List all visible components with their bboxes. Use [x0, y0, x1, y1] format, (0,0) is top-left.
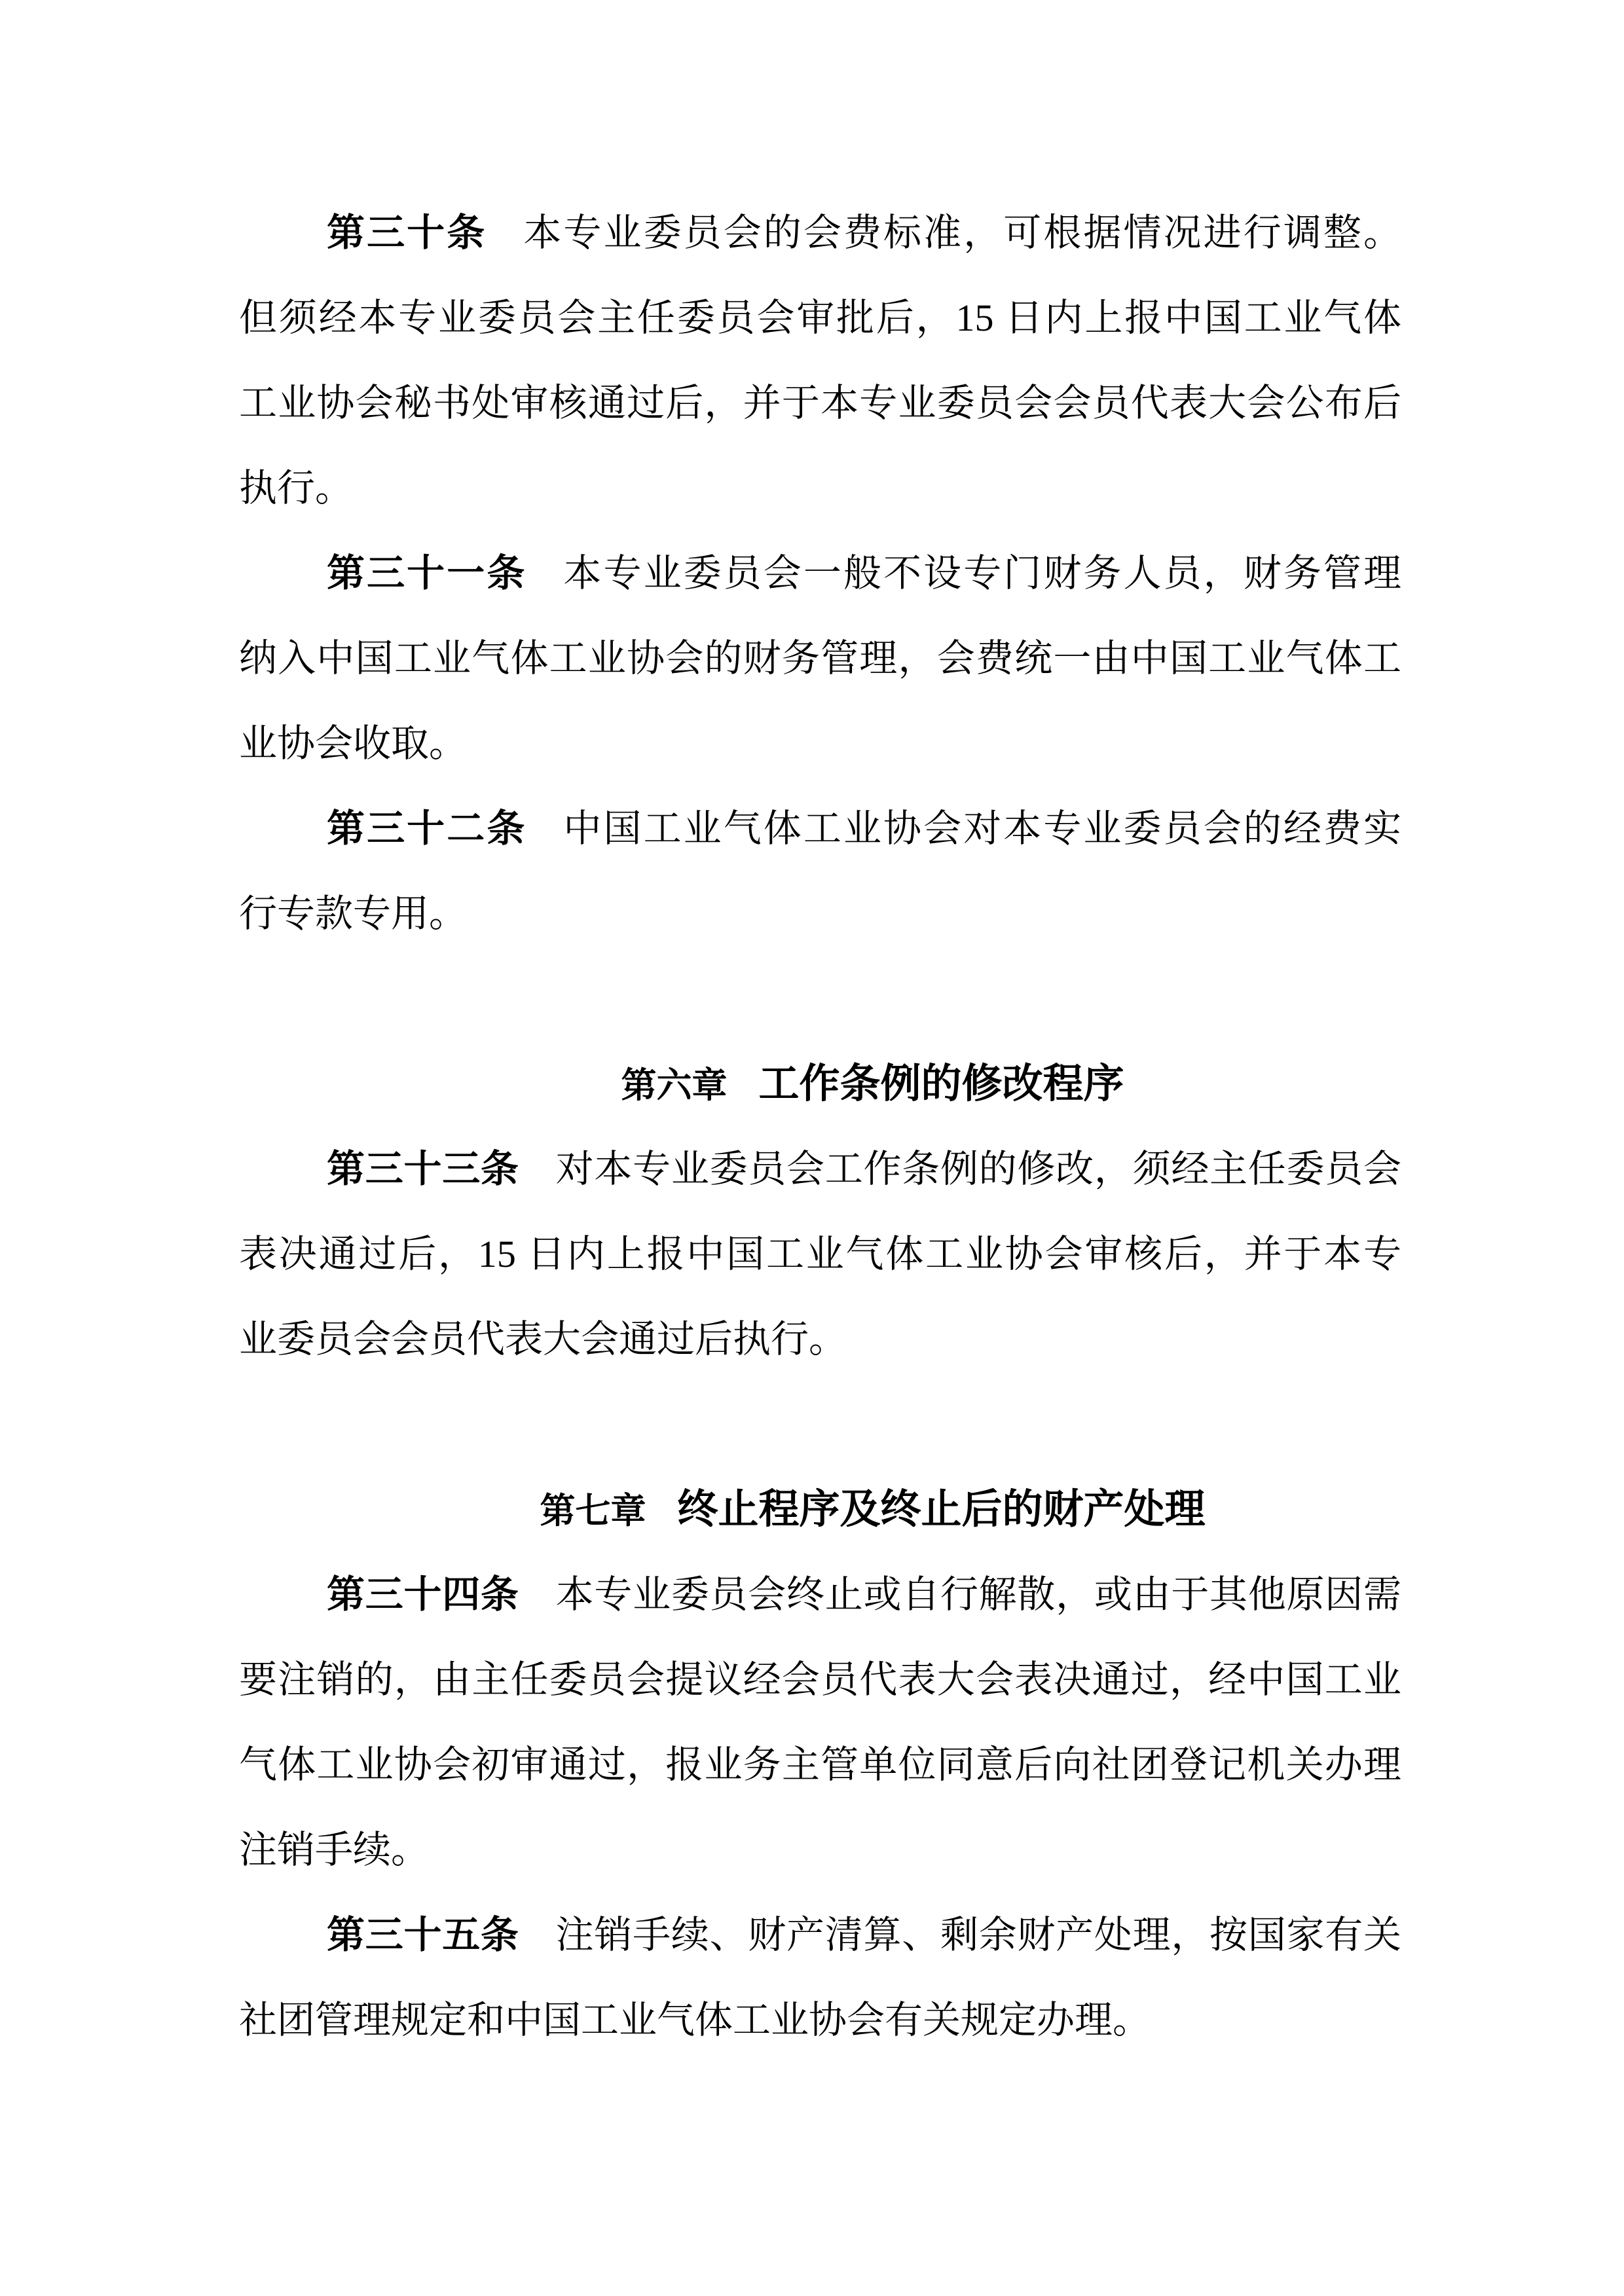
paragraph-article-35: 第三十五条注销手续、财产清算、剩余财产处理，按国家有关 社团管理规定和中国工业气… [239, 1893, 1401, 2063]
article-35-line-1: 注销手续、财产清算、剩余财产处理，按国家有关 [556, 1914, 1401, 1956]
chapter-heading-7: 第七章终止程序及终止后的财产处理 [239, 1467, 1401, 1552]
text-line: 工业协会秘书处审核通过后，并于本专业委员会会员代表大会公布后 [239, 361, 1401, 446]
text-line: 第三十五条注销手续、财产清算、剩余财产处理，按国家有关 [239, 1893, 1401, 1978]
article-31-line-2: 纳入中国工业气体工业协会的财务管理，会费统一由中国工业气体工 [239, 637, 1401, 680]
article-30-line-3: 工业协会秘书处审核通过后，并于本专业委员会会员代表大会公布后 [239, 382, 1401, 424]
article-30-number: 第三十条 [327, 211, 487, 254]
text-line: 气体工业协会初审通过，报业务主管单位同意后向社团登记机关办理 [239, 1722, 1401, 1808]
article-35-line-2: 社团管理规定和中国工业气体工业协会有关规定办理。 [239, 1999, 1151, 2041]
text-line: 行专款专用。 [239, 871, 1401, 957]
article-34-line-1: 本专业委员会终止或自行解散，或由于其他原因需 [556, 1573, 1401, 1616]
chapter-6-title: 工作条例的修改程序 [758, 1062, 1124, 1106]
text-line: 注销手续。 [239, 1808, 1401, 1893]
chapter-6-number: 第六章 [621, 1066, 727, 1105]
article-30-line-1: 本专业委员会的会费标准，可根据情况进行调整。 [523, 211, 1401, 254]
article-35-number: 第三十五条 [327, 1914, 519, 1956]
article-31-number: 第三十一条 [327, 552, 526, 594]
blank-line [239, 957, 1401, 1042]
text-line: 要注销的，由主任委员会提议经会员代表大会表决通过，经中国工业 [239, 1637, 1401, 1722]
text-line: 但须经本专业委员会主任委员会审批后，15 日内上报中国工业气体 [239, 276, 1401, 361]
text-line: 业委员会会员代表大会通过后执行。 [239, 1297, 1401, 1382]
text-line: 表决通过后，15 日内上报中国工业气体工业协会审核后，并于本专 [239, 1212, 1401, 1297]
paragraph-article-32: 第三十二条中国工业气体工业协会对本专业委员会的经费实 行专款专用。 [239, 786, 1401, 957]
text-line: 第三十二条中国工业气体工业协会对本专业委员会的经费实 [239, 786, 1401, 871]
document-page: 第三十条本专业委员会的会费标准，可根据情况进行调整。 但须经本专业委员会主任委员… [0, 0, 1624, 2296]
document-body: 第三十条本专业委员会的会费标准，可根据情况进行调整。 但须经本专业委员会主任委员… [239, 191, 1401, 2063]
text-line: 执行。 [239, 446, 1401, 531]
text-line: 第三十一条本专业委员会一般不设专门财务人员，财务管理 [239, 531, 1401, 616]
text-line: 第三十三条对本专业委员会工作条例的修改，须经主任委员会 [239, 1127, 1401, 1212]
blank-line [239, 1382, 1401, 1467]
article-34-line-2: 要注销的，由主任委员会提议经会员代表大会表决通过，经中国工业 [239, 1658, 1401, 1701]
chapter-heading-6: 第六章工作条例的修改程序 [239, 1042, 1401, 1127]
article-32-line-2: 行专款专用。 [239, 892, 467, 935]
text-line: 业协会收取。 [239, 701, 1401, 786]
text-line: 社团管理规定和中国工业气体工业协会有关规定办理。 [239, 1978, 1401, 2063]
article-31-line-3: 业协会收取。 [239, 722, 467, 765]
article-32-number: 第三十二条 [327, 807, 526, 850]
paragraph-article-33: 第三十三条对本专业委员会工作条例的修改，须经主任委员会 表决通过后，15 日内上… [239, 1127, 1401, 1382]
article-33-line-3: 业委员会会员代表大会通过后执行。 [239, 1318, 847, 1360]
article-33-line-2: 表决通过后，15 日内上报中国工业气体工业协会审核后，并于本专 [239, 1233, 1401, 1275]
text-line: 第三十条本专业委员会的会费标准，可根据情况进行调整。 [239, 191, 1401, 276]
article-33-line-1: 对本专业委员会工作条例的修改，须经主任委员会 [556, 1148, 1401, 1190]
chapter-7-title: 终止程序及终止后的财产处理 [677, 1487, 1205, 1532]
article-32-line-1: 中国工业气体工业协会对本专业委员会的经费实 [563, 807, 1401, 850]
article-34-line-3: 气体工业协会初审通过，报业务主管单位同意后向社团登记机关办理 [239, 1743, 1401, 1786]
text-line: 纳入中国工业气体工业协会的财务管理，会费统一由中国工业气体工 [239, 616, 1401, 701]
paragraph-article-34: 第三十四条本专业委员会终止或自行解散，或由于其他原因需 要注销的，由主任委员会提… [239, 1552, 1401, 1893]
chapter-7-number: 第七章 [540, 1491, 646, 1531]
paragraph-article-31: 第三十一条本专业委员会一般不设专门财务人员，财务管理 纳入中国工业气体工业协会的… [239, 531, 1401, 786]
article-34-line-4: 注销手续。 [239, 1829, 429, 1871]
article-31-line-1: 本专业委员会一般不设专门财务人员，财务管理 [563, 552, 1401, 594]
article-30-line-4: 执行。 [239, 467, 353, 509]
text-line: 第三十四条本专业委员会终止或自行解散，或由于其他原因需 [239, 1552, 1401, 1637]
article-30-line-2: 但须经本专业委员会主任委员会审批后，15 日内上报中国工业气体 [239, 297, 1401, 339]
paragraph-article-30: 第三十条本专业委员会的会费标准，可根据情况进行调整。 但须经本专业委员会主任委员… [239, 191, 1401, 531]
article-33-number: 第三十三条 [327, 1148, 519, 1190]
article-34-number: 第三十四条 [327, 1573, 519, 1616]
